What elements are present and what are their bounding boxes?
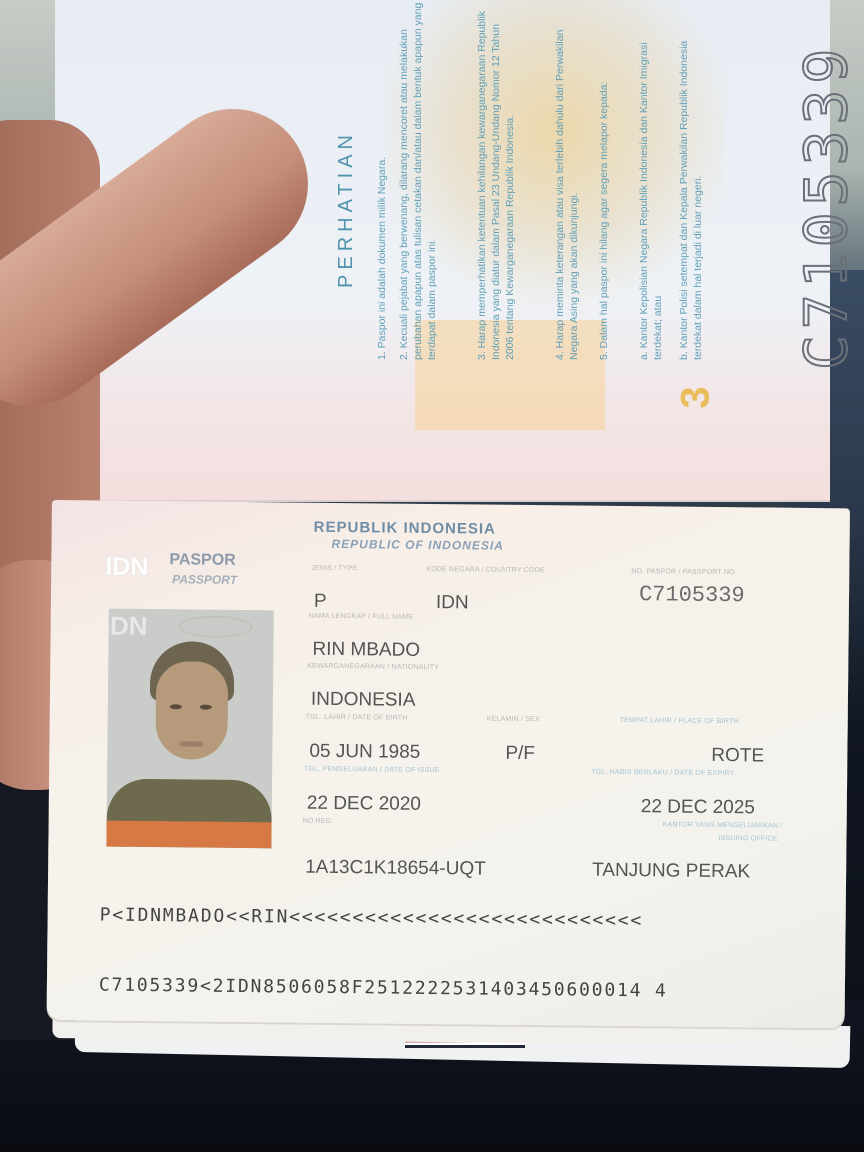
reg-no-label: NO.REG.	[303, 818, 334, 825]
issuing-office-label-en: ISSUING OFFICE	[718, 835, 777, 843]
nationality-label: KEWARGANEGARAAN / NATIONALITY	[307, 663, 439, 671]
notice-item: a. Kantor Kepolisian Negara Republik Ind…	[637, 0, 665, 360]
passport-no-value: C7105339	[639, 582, 745, 608]
country-code-label: KODE NEGARA / COUNTRY CODE	[426, 566, 545, 574]
photo-eye	[200, 705, 212, 710]
pob-value: ROTE	[711, 745, 764, 768]
header-country-en: REPUBLIC OF INDONESIA	[331, 537, 503, 553]
dob-value: 05 JUN 1985	[309, 741, 420, 764]
reg-no-value: 1A13C1K18654-UQT	[305, 857, 486, 881]
photo-mouth	[179, 741, 203, 746]
issue-date-label: TGL. PENGELUARAN / DATE OF ISSUE	[304, 766, 439, 774]
issue-date-value: 22 DEC 2020	[307, 793, 421, 816]
sex-value: P/F	[505, 743, 535, 765]
photo-shirt-collar	[106, 821, 271, 849]
photo-overlay-text: IDN	[106, 611, 147, 642]
dob-label: TGL. LAHIR / DATE OF BIRTH	[306, 714, 408, 722]
notice-section: PERHATIAN 1. Paspor ini adalah dokumen m…	[335, 20, 755, 400]
sex-label: KELAMIN / SEX	[487, 716, 540, 724]
expiry-date-value: 22 DEC 2025	[641, 796, 755, 819]
notice-item: 1. Paspor ini adalah dokumen milik Negar…	[375, 0, 389, 360]
bookmark-ribbon	[405, 1040, 525, 1048]
notice-item: 3. Harap memperhatikan ketentuan kehilan…	[475, 0, 517, 360]
header-country-id: REPUBLIK INDONESIA	[314, 519, 496, 538]
perforated-passport-number: C7105339	[792, 70, 842, 370]
country-badge: IDN	[105, 553, 148, 582]
passport-data-page: REPUBLIK INDONESIA REPUBLIC OF INDONESIA…	[47, 500, 850, 1028]
type-value: P	[314, 591, 327, 613]
mrz-line-2: C7105339<2IDN8506058F2512222531403450600…	[99, 975, 668, 1002]
page-number: 3	[674, 386, 719, 408]
type-label: JENIS / TYPE	[311, 565, 357, 572]
passport-no-label: NO. PASPOR / PASSPORT NO.	[631, 568, 737, 576]
holder-photo: IDN	[106, 609, 273, 849]
expiry-date-label: TGL. HABIS BERLAKU / DATE OF EXPIRY	[591, 769, 734, 778]
notice-list: 1. Paspor ini adalah dokumen milik Negar…	[375, 20, 755, 380]
nationality-value: INDONESIA	[311, 689, 416, 712]
notice-item: 5. Dalam hal paspor ini hilang agar sege…	[597, 0, 611, 360]
issuing-office-label: KANTOR YANG MENGELUARKAN /	[663, 821, 783, 829]
notice-item: b. Kantor Polisi setempat dan Kepala Per…	[677, 0, 705, 360]
full-name-label: NAMA LENGKAP / FULL NAME	[309, 613, 413, 621]
country-code-value: IDN	[436, 592, 469, 614]
issuing-office-value: TANJUNG PERAK	[592, 860, 750, 884]
doc-title-id: PASPOR	[169, 551, 236, 570]
full-name-value: RIN MBADO	[312, 639, 420, 662]
emblem-icon	[179, 615, 253, 638]
mrz-line-1: P<IDNMBADO<<RIN<<<<<<<<<<<<<<<<<<<<<<<<<…	[100, 905, 644, 932]
doc-title-en: PASSPORT	[172, 572, 237, 587]
notice-item: 2. Kecuali pejabat yang berwenang, dilar…	[397, 0, 439, 360]
notice-title: PERHATIAN	[335, 130, 365, 460]
notice-item: 4. Harap meminta keterangan atau visa te…	[553, 0, 581, 360]
photo-eye	[170, 704, 182, 709]
pob-label: TEMPAT LAHIR / PLACE OF BIRTH	[620, 717, 739, 725]
